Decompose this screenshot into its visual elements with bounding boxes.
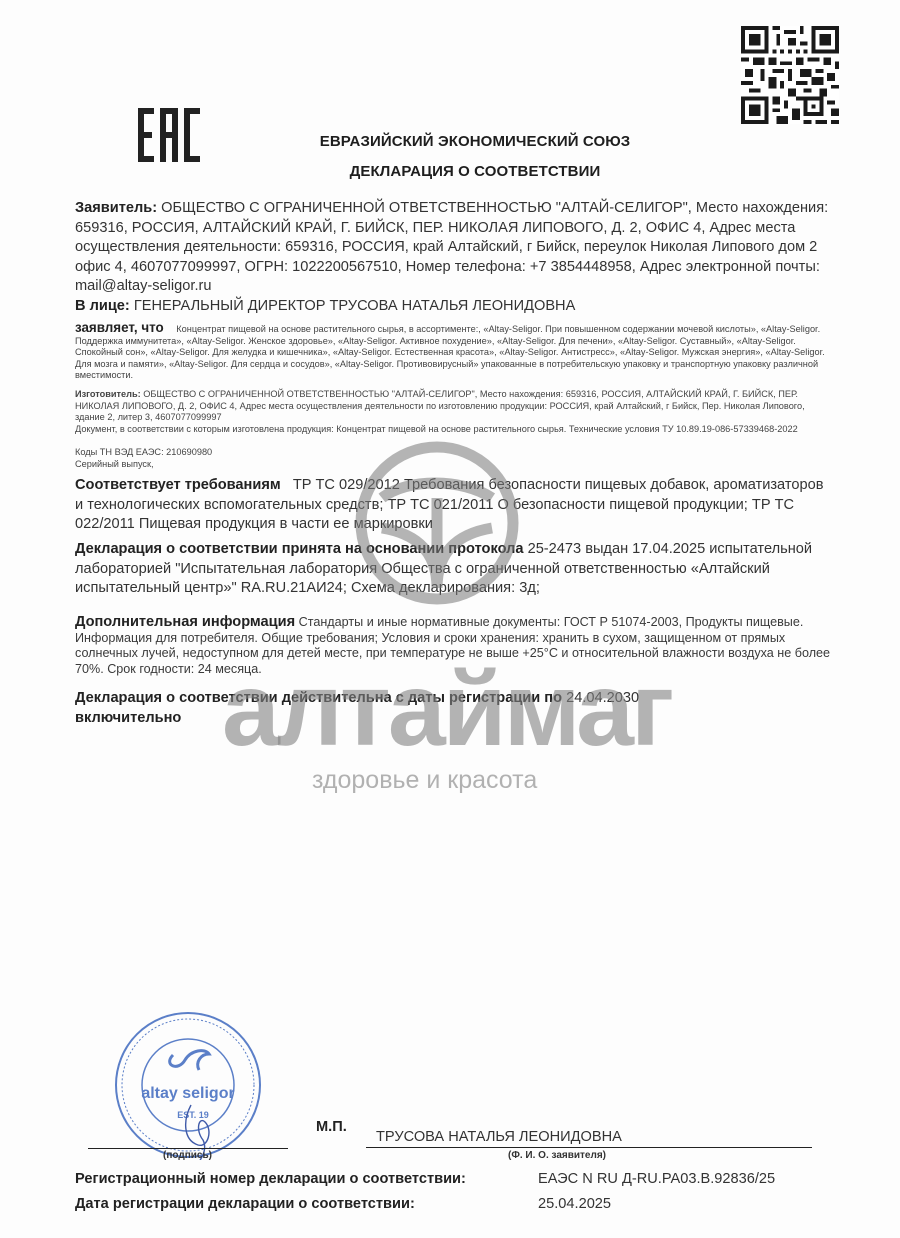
declares-section: заявляет, что Концентрат пищевой на осно… (75, 322, 835, 382)
manufacturer-label: Изготовитель: (75, 389, 141, 399)
additional-section: Дополнительная информация Стандарты и ин… (75, 615, 835, 677)
signature-caption: (подпись) (163, 1150, 212, 1161)
validity-suffix: включительно (75, 710, 181, 726)
requirements-section: Соответствует требованиям ТР ТС 029/2012… (75, 476, 835, 535)
declares-text: Концентрат пищевой на основе растительно… (75, 324, 825, 380)
company-seal-icon: altay seligor EST. 19 (113, 1010, 263, 1160)
represented-by-text: ГЕНЕРАЛЬНЫЙ ДИРЕКТОР ТРУСОВА НАТАЛЬЯ ЛЕО… (134, 298, 575, 314)
validity-section: Декларация о соответствии действительна … (75, 689, 835, 728)
registration-number-label: Регистрационный номер декларации о соотв… (75, 1171, 466, 1187)
declares-label: заявляет, что (75, 320, 164, 335)
manufacturer-section: Изготовитель: ОБЩЕСТВО С ОГРАНИЧЕННОЙ ОТ… (75, 389, 835, 424)
applicant-label: Заявитель: (75, 200, 157, 216)
validity-date: 24.04.2030 (566, 690, 639, 706)
watermark-tagline: здоровье и красота (312, 766, 537, 795)
registration-date-label: Дата регистрации декларации о соответств… (75, 1196, 415, 1212)
requirements-label: Соответствует требованиям (75, 477, 281, 493)
union-heading: ЕВРАЗИЙСКИЙ ЭКОНОМИЧЕСКИЙ СОЮЗ (25, 133, 900, 150)
applicant-text: ОБЩЕСТВО С ОГРАНИЧЕННОЙ ОТВЕТСТВЕННОСТЬЮ… (75, 200, 828, 294)
registration-number: ЕАЭС N RU Д-RU.PA03.B.92836/25 (538, 1171, 775, 1187)
represented-by-label: В лице: (75, 298, 130, 314)
validity-label: Декларация о соответствии действительна … (75, 690, 562, 706)
name-line (366, 1147, 812, 1148)
additional-label: Дополнительная информация (75, 614, 295, 630)
applicant-section: Заявитель: ОБЩЕСТВО С ОГРАНИЧЕННОЙ ОТВЕТ… (75, 199, 835, 297)
serial-release: Серийный выпуск, (75, 459, 835, 471)
protocol-section: Декларация о соответствии принята на осн… (75, 540, 835, 599)
registration-date: 25.04.2025 (538, 1196, 611, 1212)
tn-ved-codes: Коды ТН ВЭД ЕАЭС: 210690980 (75, 447, 835, 459)
declaration-page: ЕВРАЗИЙСКИЙ ЭКОНОМИЧЕСКИЙ СОЮЗ ДЕКЛАРАЦИ… (0, 0, 900, 1238)
seal-place-label: М.П. (316, 1119, 347, 1135)
protocol-label: Декларация о соответствии принята на осн… (75, 541, 524, 557)
manufacturer-text: ОБЩЕСТВО С ОГРАНИЧЕННОЙ ОТВЕТСТВЕННОСТЬЮ… (75, 389, 805, 422)
represented-by-section: В лице: ГЕНЕРАЛЬНЫЙ ДИРЕКТОР ТРУСОВА НАТ… (75, 297, 835, 317)
document-basis: Документ, в соответствии с которым изгот… (75, 424, 835, 436)
name-caption: (Ф. И. О. заявителя) (508, 1150, 606, 1161)
document-title: ДЕКЛАРАЦИЯ О СООТВЕТСТВИИ (25, 163, 900, 180)
qr-code-icon[interactable] (741, 26, 839, 124)
signature-line (88, 1148, 288, 1149)
applicant-name: ТРУСОВА НАТАЛЬЯ ЛЕОНИДОВНА (376, 1129, 622, 1145)
svg-text:EST. 19: EST. 19 (177, 1110, 209, 1120)
svg-text:altay seligor: altay seligor (141, 1085, 234, 1102)
